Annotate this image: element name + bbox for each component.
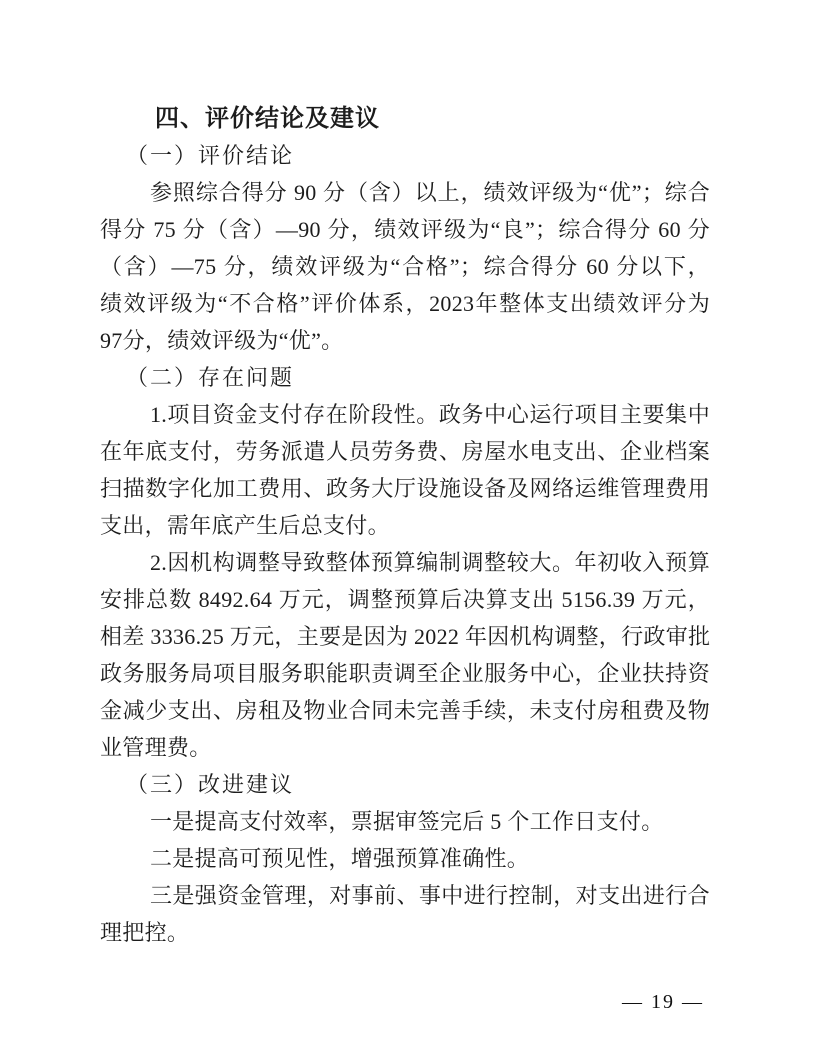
paragraph-line: 97分，绩效评级为“优”。 [100, 322, 710, 359]
paragraph-line: 安排总数 8492.64 万元，调整预算后决算支出 5156.39 万元， [100, 581, 710, 618]
paragraph-line: （含）—75 分，绩效评级为“合格”；综合得分 60 分以下， [100, 248, 710, 285]
paragraph-line: 2.因机构调整导致整体预算编制调整较大。年初收入预算 [100, 544, 710, 581]
paragraph-line: 一是提高支付效率，票据审签完后 5 个工作日支付。 [100, 803, 710, 840]
subsection-heading-3: （三）改进建议 [100, 766, 710, 803]
paragraph-line: 金减少支出、房租及物业合同未完善手续，未支付房租费及物 [100, 692, 710, 729]
paragraph-line: 参照综合得分 90 分（含）以上，绩效评级为“优”；综合 [100, 174, 710, 211]
subsection-heading-2: （二）存在问题 [100, 359, 710, 396]
paragraph-line: 业管理费。 [100, 729, 710, 766]
subsection-heading-1: （一）评价结论 [100, 137, 710, 174]
document-page: 四、评价结论及建议 （一）评价结论 参照综合得分 90 分（含）以上，绩效评级为… [0, 0, 816, 1056]
paragraph-line: 三是强资金管理，对事前、事中进行控制，对支出进行合 [100, 877, 710, 914]
paragraph-line: 二是提高可预见性，增强预算准确性。 [100, 840, 710, 877]
paragraph-line: 绩效评级为“不合格”评价体系，2023年整体支出绩效评分为 [100, 285, 710, 322]
paragraph-line: 1.项目资金支付存在阶段性。政务中心运行项目主要集中 [100, 396, 710, 433]
document-body: 四、评价结论及建议 （一）评价结论 参照综合得分 90 分（含）以上，绩效评级为… [100, 100, 710, 951]
paragraph-line: 政务服务局项目服务职能职责调至企业服务中心，企业扶持资 [100, 655, 710, 692]
paragraph-line: 在年底支付，劳务派遣人员劳务费、房屋水电支出、企业档案 [100, 433, 710, 470]
page-number: — 19 — [563, 988, 763, 1016]
paragraph-line: 理把控。 [100, 914, 710, 951]
paragraph-line: 扫描数字化加工费用、政务大厅设施设备及网络运维管理费用 [100, 470, 710, 507]
paragraph-line: 得分 75 分（含）—90 分，绩效评级为“良”；综合得分 60 分 [100, 211, 710, 248]
paragraph-line: 支出，需年底产生后总支付。 [100, 507, 710, 544]
paragraph-line: 相差 3336.25 万元，主要是因为 2022 年因机构调整，行政审批 [100, 618, 710, 655]
section-heading: 四、评价结论及建议 [100, 100, 710, 137]
